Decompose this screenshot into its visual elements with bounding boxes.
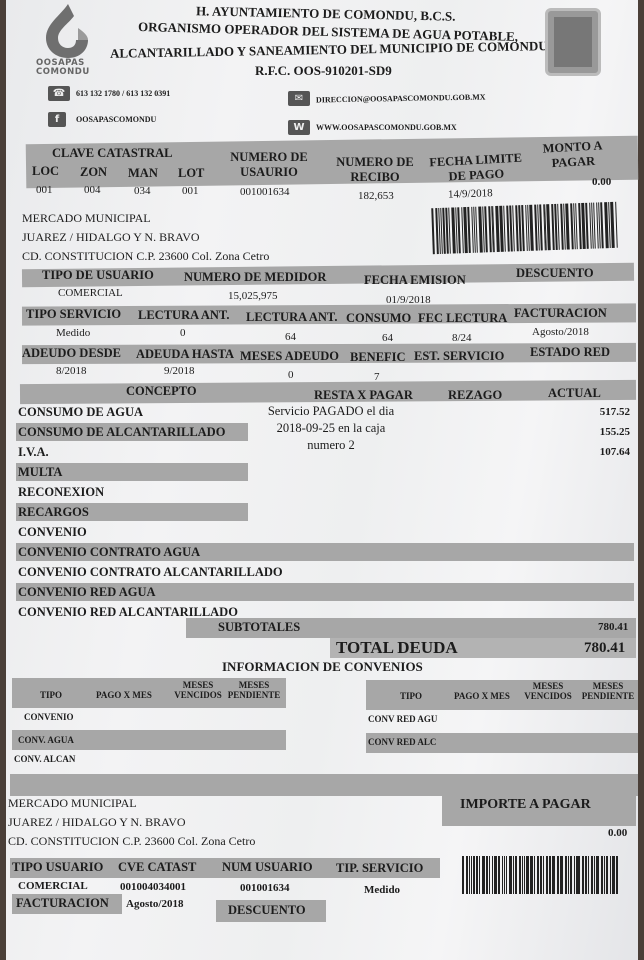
concept-row-actual: 517.52 <box>560 406 630 418</box>
right-pendiente-label: MESESPENDIENTE <box>580 681 636 701</box>
stub-num-usuario-value: 001001634 <box>240 882 290 894</box>
stub-cve-catast-value: 001004034001 <box>120 881 186 893</box>
man-label: MAN <box>128 166 158 181</box>
stub-address-line-2: JUAREZ / HIDALGO Y N. BRAVO <box>8 815 186 830</box>
loc-value: 001 <box>36 184 53 196</box>
water-drop-logo-icon <box>38 2 94 60</box>
facebook-handle: OOSAPASCOMONDU <box>76 115 156 124</box>
adeudo-desde-value: 8/2018 <box>56 365 87 377</box>
left-tipo-label: TIPO <box>40 690 62 700</box>
lot-label: LOT <box>178 166 204 181</box>
total-deuda-value: 780.41 <box>584 640 625 657</box>
concept-row-label: CONSUMO DE ALCANTARILLADO <box>18 425 225 440</box>
concepto-label: CONCEPTO <box>126 384 197 399</box>
conv-red-agu-row: CONV RED AGU <box>368 714 437 724</box>
left-pendiente-label: MESESPENDIENTE <box>226 680 282 700</box>
conv-red-alc-row: CONV RED ALC <box>368 737 436 747</box>
monto-value: 0.00 <box>592 176 611 188</box>
concept-row-label: MULTA <box>18 465 62 480</box>
descuento-label: DESCUENTO <box>516 266 594 281</box>
stub-descuento-label: DESCUENTO <box>228 903 306 918</box>
stub-tip-servicio-label: TIP. SERVICIO <box>336 861 423 876</box>
loc-label: LOC <box>32 164 59 179</box>
est-servicio-label: EST. SERVICIO <box>414 349 504 364</box>
facturacion-label: FACTURACION <box>514 306 607 321</box>
concept-row-label: CONVENIO CONTRATO ALCANTARILLADO <box>18 565 283 580</box>
facebook-icon: f <box>48 112 66 127</box>
convenios-title: INFORMACION DE CONVENIOS <box>222 659 423 675</box>
address-line-1: MERCADO MUNICIPAL <box>22 211 151 226</box>
zon-value: 004 <box>84 184 101 196</box>
monto-label: MONTO APAGAR <box>527 138 618 173</box>
left-pago-label: PAGO X MES <box>96 690 152 700</box>
fecha-limite-value: 14/9/2018 <box>448 187 493 201</box>
actual-label: ACTUAL <box>548 386 601 401</box>
phone-icon: ☎ <box>48 86 70 101</box>
web-icon: W <box>288 120 310 135</box>
tipo-servicio-label: TIPO SERVICIO <box>26 307 121 322</box>
tipo-usuario-value: COMERCIAL <box>58 287 123 299</box>
concept-row-label: CONVENIO RED AGUA <box>18 585 156 600</box>
concept-row-label: RECONEXION <box>18 485 104 500</box>
left-vencidos-label: MESESVENCIDOS <box>170 680 226 700</box>
estado-red-label: ESTADO RED <box>530 345 610 360</box>
barcode-stub <box>462 856 620 894</box>
right-pago-label: PAGO X MES <box>454 691 510 701</box>
numero-recibo-value: 182,653 <box>358 190 394 202</box>
concept-row-label: CONSUMO DE AGUA <box>18 405 143 420</box>
lectura-ant-value-2: 64 <box>285 331 296 343</box>
man-value: 034 <box>134 185 151 197</box>
stub-tipo-usuario-value: COMERCIAL <box>18 880 88 892</box>
importe-value: 0.00 <box>608 827 627 839</box>
phone-numbers: 613 132 1780 / 613 132 0391 <box>76 89 170 98</box>
convenio-row: CONVENIO <box>24 712 74 722</box>
stub-address-line-3: CD. CONSTITUCION C.P. 23600 Col. Zona Ce… <box>8 834 255 849</box>
adeuda-hasta-label: ADEUDA HASTA <box>136 347 234 362</box>
rfc: R.F.C. OOS-910201-SD9 <box>255 63 392 79</box>
paid-note: Servicio PAGADO el dia 2018-09-25 en la … <box>246 403 416 454</box>
municipal-crest-icon <box>545 8 601 76</box>
fec-lectura-label: FEC LECTURA <box>418 311 507 326</box>
concept-row-actual: 155.25 <box>560 426 630 438</box>
numero-usuario-label: NUMERO DEUSAURIO <box>224 150 314 180</box>
stub-facturacion-value: Agosto/2018 <box>126 898 183 910</box>
lectura-ant-value-1: 0 <box>180 327 186 339</box>
consumo-label: CONSUMO <box>346 311 411 326</box>
conv-agua-row: CONV. AGUA <box>18 735 74 745</box>
numero-usuario-value: 001001634 <box>240 186 290 198</box>
importe-label: IMPORTE A PAGAR <box>460 797 591 813</box>
right-vencidos-label: MESESVENCIDOS <box>520 681 576 701</box>
concept-row-label: CONVENIO CONTRATO AGUA <box>18 545 200 560</box>
right-tipo-label: TIPO <box>400 691 422 701</box>
concept-row-label: RECARGOS <box>18 505 89 520</box>
address-line-2: JUAREZ / HIDALGO Y N. BRAVO <box>22 230 200 245</box>
benefic-label: BENEFIC <box>350 350 406 365</box>
clave-catastral-label: CLAVE CATASTRAL <box>52 146 173 161</box>
barcode-top <box>431 202 618 254</box>
numero-recibo-label: NUMERO DERECIBO <box>330 155 420 185</box>
fecha-limite-label: FECHA LIMITEDE PAGO <box>425 150 526 185</box>
lectura-ant-label-2: LECTURA ANT. <box>246 310 337 325</box>
fec-lectura-value: 8/24 <box>452 332 472 344</box>
meses-adeudo-value: 0 <box>288 369 294 381</box>
fecha-emision-label: FECHA EMISION <box>364 273 466 288</box>
conv-alcan-row: CONV. ALCAN <box>14 754 75 764</box>
tipo-servicio-value: Medido <box>56 327 90 339</box>
lot-value: 001 <box>182 185 199 197</box>
numero-medidor-value: 15,025,975 <box>228 290 278 302</box>
logo-text-comondu: COMONDU <box>36 67 90 77</box>
adeuda-hasta-value: 9/2018 <box>164 365 195 377</box>
resta-x-pagar-label: RESTA X PAGAR <box>314 388 413 403</box>
zon-label: ZON <box>80 165 107 180</box>
rezago-label: REZAGO <box>448 388 502 403</box>
total-deuda-label: TOTAL DEUDA <box>336 638 458 658</box>
stub-facturacion-label: FACTURACION <box>16 896 109 911</box>
stub-tip-servicio-value: Medido <box>364 884 400 896</box>
lectura-ant-label-1: LECTURA ANT. <box>138 308 229 323</box>
stub-address-line-1: MERCADO MUNICIPAL <box>8 796 137 811</box>
stub-num-usuario-label: NUM USUARIO <box>222 860 313 875</box>
consumo-value: 64 <box>382 332 393 344</box>
facturacion-value: Agosto/2018 <box>532 326 589 338</box>
address-line-3: CD. CONSTITUCION C.P. 23600 Col. Zona Ce… <box>22 249 269 264</box>
stub-cve-catast-label: CVE CATAST <box>118 860 196 875</box>
adeudo-desde-label: ADEUDO DESDE <box>22 346 121 361</box>
meses-adeudo-label: MESES ADEUDO <box>240 349 339 364</box>
subtotales-value: 780.41 <box>598 621 628 633</box>
concept-row-label: I.V.A. <box>18 445 49 460</box>
concept-row-label: CONVENIO <box>18 525 87 540</box>
subtotales-label: SUBTOTALES <box>218 620 300 635</box>
concept-row-actual: 107.64 <box>560 446 630 458</box>
website[interactable]: WWW.OOSAPASCOMONDU.GOB.MX <box>316 123 457 132</box>
email-icon: ✉ <box>288 91 310 106</box>
stub-tipo-usuario-label: TIPO USUARIO <box>12 860 103 875</box>
tipo-usuario-label: TIPO DE USUARIO <box>42 268 154 283</box>
numero-medidor-label: NUMERO DE MEDIDOR <box>184 270 326 285</box>
